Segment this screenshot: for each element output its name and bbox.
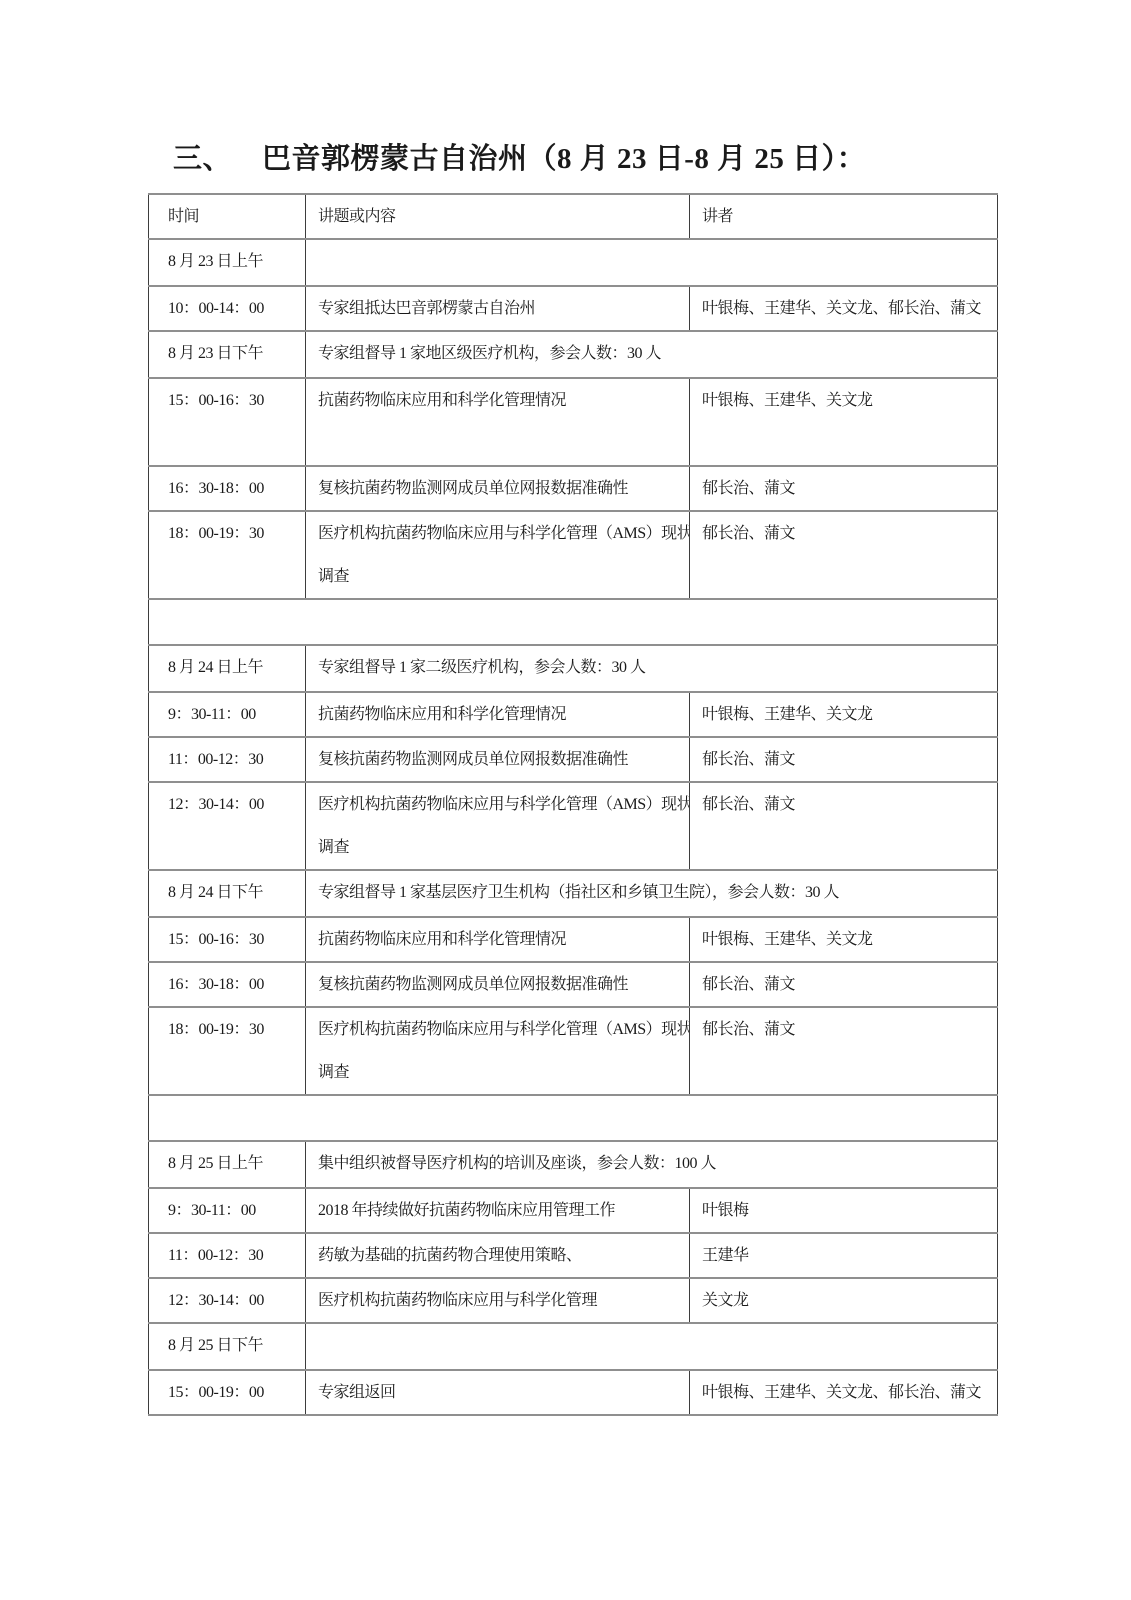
time-cell-text: 12：30-14：00: [168, 1279, 297, 1322]
session-row: 11：00-12：30复核抗菌药物监测网成员单位网报数据准确性郁长治、蒲文: [149, 737, 998, 782]
day-label-cell: 8 月 24 日上午: [149, 645, 306, 692]
day-label-cell: 8 月 23 日上午: [149, 239, 306, 286]
spacer-row: [149, 599, 998, 645]
session-row: 15：00-16：30抗菌药物临床应用和科学化管理情况叶银梅、王建华、关文龙: [149, 917, 998, 962]
time-cell-text: 16：30-18：00: [168, 963, 297, 1006]
speaker-cell: 叶银梅: [690, 1188, 998, 1233]
day-label-cell-text: 8 月 23 日下午: [168, 332, 297, 375]
day-note-cell-text: 集中组织被督导医疗机构的培训及座谈，参会人数：100 人: [318, 1142, 989, 1185]
topic-cell-text: 医疗机构抗菌药物临床应用与科学化管理（AMS）现状: [318, 783, 681, 826]
time-cell: 11：00-12：30: [149, 737, 306, 782]
time-cell-text: 15：00-19：00: [168, 1371, 297, 1414]
day-label-cell-text: 8 月 24 日下午: [168, 871, 297, 914]
day-note-cell: [306, 239, 998, 286]
speaker-cell-text: 叶银梅、王建华、关文龙: [702, 918, 989, 961]
document-page: 三、巴音郭楞蒙古自治州（8 月 23 日-8 月 25 日）： 时间讲题或内容讲…: [0, 0, 1131, 1600]
topic-cell-text: 医疗机构抗菌药物临床应用与科学化管理: [318, 1279, 681, 1322]
column-header-speaker-text: 讲者: [702, 195, 989, 238]
day-note-cell: 集中组织被督导医疗机构的培训及座谈，参会人数：100 人: [306, 1141, 998, 1188]
session-row: 9：30-11：002018 年持续做好抗菌药物临床应用管理工作叶银梅: [149, 1188, 998, 1233]
speaker-cell: 郁长治、蒲文: [690, 1007, 998, 1095]
time-cell: 9：30-11：00: [149, 1188, 306, 1233]
speaker-cell: 郁长治、蒲文: [690, 511, 998, 599]
column-header-time-text: 时间: [168, 195, 297, 238]
spacer-cell: [149, 1095, 998, 1141]
topic-cell: 医疗机构抗菌药物临床应用与科学化管理（AMS）现状调查: [306, 782, 690, 870]
time-cell-text: 9：30-11：00: [168, 1189, 297, 1232]
speaker-cell-text: 郁长治、蒲文: [702, 1008, 989, 1051]
speaker-cell: 叶银梅、王建华、关文龙: [690, 378, 998, 466]
time-cell: 9：30-11：00: [149, 692, 306, 737]
speaker-cell-text: 叶银梅、王建华、关文龙: [702, 693, 989, 736]
topic-cell-text: 2018 年持续做好抗菌药物临床应用管理工作: [318, 1189, 681, 1232]
topic-cell-text: 专家组返回: [318, 1371, 681, 1414]
day-note-cell: 专家组督导 1 家地区级医疗机构，参会人数：30 人: [306, 331, 998, 378]
section-title: 三、巴音郭楞蒙古自治州（8 月 23 日-8 月 25 日）：: [173, 138, 866, 180]
topic-cell-text: 复核抗菌药物监测网成员单位网报数据准确性: [318, 467, 681, 510]
time-cell: 15：00-16：30: [149, 378, 306, 466]
session-row: 15：00-19：00专家组返回叶银梅、王建华、关文龙、郁长治、蒲文: [149, 1370, 998, 1415]
speaker-cell-text: 郁长治、蒲文: [702, 738, 989, 781]
topic-cell: 抗菌药物临床应用和科学化管理情况: [306, 917, 690, 962]
speaker-cell: 郁长治、蒲文: [690, 782, 998, 870]
topic-cell: 专家组返回: [306, 1370, 690, 1415]
speaker-cell-text: 郁长治、蒲文: [702, 963, 989, 1006]
time-cell: 15：00-19：00: [149, 1370, 306, 1415]
speaker-cell: 郁长治、蒲文: [690, 962, 998, 1007]
column-header-time: 时间: [149, 194, 306, 239]
time-cell-text: 11：00-12：30: [168, 1234, 297, 1277]
column-header-topic-text: 讲题或内容: [318, 195, 681, 238]
time-cell-text: 11：00-12：30: [168, 738, 297, 781]
topic-cell: 医疗机构抗菌药物临床应用与科学化管理: [306, 1278, 690, 1323]
day-note-cell-text: 专家组督导 1 家地区级医疗机构，参会人数：30 人: [318, 332, 989, 375]
time-cell: 16：30-18：00: [149, 466, 306, 511]
session-row: 16：30-18：00复核抗菌药物监测网成员单位网报数据准确性郁长治、蒲文: [149, 962, 998, 1007]
topic-cell-text: 医疗机构抗菌药物临床应用与科学化管理（AMS）现状: [318, 1008, 681, 1051]
time-cell: 16：30-18：00: [149, 962, 306, 1007]
day-label-cell-text: 8 月 24 日上午: [168, 646, 297, 689]
speaker-cell: 王建华: [690, 1233, 998, 1278]
time-cell: 12：30-14：00: [149, 1278, 306, 1323]
topic-cell: 复核抗菌药物监测网成员单位网报数据准确性: [306, 962, 690, 1007]
topic-cell: 复核抗菌药物监测网成员单位网报数据准确性: [306, 737, 690, 782]
day-row: 8 月 23 日上午: [149, 239, 998, 286]
day-row: 8 月 23 日下午专家组督导 1 家地区级医疗机构，参会人数：30 人: [149, 331, 998, 378]
session-row: 16：30-18：00复核抗菌药物监测网成员单位网报数据准确性郁长治、蒲文: [149, 466, 998, 511]
topic-cell-text: 调查: [318, 555, 681, 598]
day-row: 8 月 25 日下午: [149, 1323, 998, 1370]
speaker-cell-text: 郁长治、蒲文: [702, 783, 989, 826]
section-title-text: 巴音郭楞蒙古自治州（8 月 23 日-8 月 25 日）：: [262, 143, 866, 175]
time-cell: 15：00-16：30: [149, 917, 306, 962]
day-label-cell-text: 8 月 25 日下午: [168, 1324, 297, 1367]
day-row: 8 月 24 日上午专家组督导 1 家二级医疗机构，参会人数：30 人: [149, 645, 998, 692]
speaker-cell: 叶银梅、王建华、关文龙: [690, 692, 998, 737]
time-cell-text: 10：00-14：00: [168, 287, 297, 330]
topic-cell-text: 医疗机构抗菌药物临床应用与科学化管理（AMS）现状: [318, 512, 681, 555]
topic-cell: 医疗机构抗菌药物临床应用与科学化管理（AMS）现状调查: [306, 511, 690, 599]
day-label-cell: 8 月 23 日下午: [149, 331, 306, 378]
speaker-cell-text: 关文龙: [702, 1279, 989, 1322]
topic-cell-text: 抗菌药物临床应用和科学化管理情况: [318, 693, 681, 736]
time-cell: 18：00-19：30: [149, 1007, 306, 1095]
column-header-topic: 讲题或内容: [306, 194, 690, 239]
speaker-cell-text: 王建华: [702, 1234, 989, 1277]
topic-cell: 药敏为基础的抗菌药物合理使用策略、: [306, 1233, 690, 1278]
speaker-cell-text: 叶银梅: [702, 1189, 989, 1232]
time-cell: 10：00-14：00: [149, 286, 306, 331]
session-row: 12：30-14：00医疗机构抗菌药物临床应用与科学化管理关文龙: [149, 1278, 998, 1323]
time-cell-text: 15：00-16：30: [168, 379, 297, 422]
speaker-cell: 叶银梅、王建华、关文龙、郁长治、蒲文: [690, 286, 998, 331]
topic-cell-text: 调查: [318, 1051, 681, 1094]
day-label-cell: 8 月 24 日下午: [149, 870, 306, 917]
topic-cell-text: 专家组抵达巴音郭楞蒙古自治州: [318, 287, 681, 330]
session-row: 10：00-14：00专家组抵达巴音郭楞蒙古自治州叶银梅、王建华、关文龙、郁长治…: [149, 286, 998, 331]
schedule-table-body: 时间讲题或内容讲者8 月 23 日上午10：00-14：00专家组抵达巴音郭楞蒙…: [149, 194, 998, 1415]
spacer-row: [149, 1095, 998, 1141]
day-note-cell: 专家组督导 1 家二级医疗机构，参会人数：30 人: [306, 645, 998, 692]
time-cell-text: 9：30-11：00: [168, 693, 297, 736]
time-cell-text: 16：30-18：00: [168, 467, 297, 510]
topic-cell-text: 药敏为基础的抗菌药物合理使用策略、: [318, 1234, 681, 1277]
topic-cell-text: 复核抗菌药物监测网成员单位网报数据准确性: [318, 963, 681, 1006]
section-number: 三、: [173, 143, 232, 175]
day-label-cell-text: 8 月 25 日上午: [168, 1142, 297, 1185]
speaker-cell: 叶银梅、王建华、关文龙: [690, 917, 998, 962]
session-row: 15：00-16：30抗菌药物临床应用和科学化管理情况叶银梅、王建华、关文龙: [149, 378, 998, 466]
speaker-cell: 叶银梅、王建华、关文龙、郁长治、蒲文: [690, 1370, 998, 1415]
day-row: 8 月 24 日下午专家组督导 1 家基层医疗卫生机构（指社区和乡镇卫生院），参…: [149, 870, 998, 917]
time-cell-text: 12：30-14：00: [168, 783, 297, 826]
speaker-cell: 关文龙: [690, 1278, 998, 1323]
topic-cell: 复核抗菌药物监测网成员单位网报数据准确性: [306, 466, 690, 511]
speaker-cell: 郁长治、蒲文: [690, 466, 998, 511]
day-label-cell: 8 月 25 日上午: [149, 1141, 306, 1188]
session-row: 9：30-11：00抗菌药物临床应用和科学化管理情况叶银梅、王建华、关文龙: [149, 692, 998, 737]
session-row: 18：00-19：30医疗机构抗菌药物临床应用与科学化管理（AMS）现状调查郁长…: [149, 511, 998, 599]
column-header-speaker: 讲者: [690, 194, 998, 239]
schedule-table: 时间讲题或内容讲者8 月 23 日上午10：00-14：00专家组抵达巴音郭楞蒙…: [148, 193, 998, 1416]
topic-cell-text: 复核抗菌药物监测网成员单位网报数据准确性: [318, 738, 681, 781]
day-note-cell: [306, 1323, 998, 1370]
speaker-cell-text: 叶银梅、王建华、关文龙、郁长治、蒲文: [702, 287, 989, 330]
day-row: 8 月 25 日上午集中组织被督导医疗机构的培训及座谈，参会人数：100 人: [149, 1141, 998, 1188]
day-note-cell-text: 专家组督导 1 家基层医疗卫生机构（指社区和乡镇卫生院），参会人数：30 人: [318, 871, 989, 914]
time-cell-text: 15：00-16：30: [168, 918, 297, 961]
speaker-cell-text: 郁长治、蒲文: [702, 467, 989, 510]
day-label-cell-text: 8 月 23 日上午: [168, 240, 297, 283]
time-cell-text: 18：00-19：30: [168, 512, 297, 555]
session-row: 18：00-19：30医疗机构抗菌药物临床应用与科学化管理（AMS）现状调查郁长…: [149, 1007, 998, 1095]
speaker-cell: 郁长治、蒲文: [690, 737, 998, 782]
day-note-cell-text: 专家组督导 1 家二级医疗机构，参会人数：30 人: [318, 646, 989, 689]
topic-cell: 抗菌药物临床应用和科学化管理情况: [306, 692, 690, 737]
session-row: 12：30-14：00医疗机构抗菌药物临床应用与科学化管理（AMS）现状调查郁长…: [149, 782, 998, 870]
topic-cell-text: 抗菌药物临床应用和科学化管理情况: [318, 918, 681, 961]
topic-cell-text: 调查: [318, 826, 681, 869]
time-cell: 18：00-19：30: [149, 511, 306, 599]
day-note-cell: 专家组督导 1 家基层医疗卫生机构（指社区和乡镇卫生院），参会人数：30 人: [306, 870, 998, 917]
header-row: 时间讲题或内容讲者: [149, 194, 998, 239]
topic-cell: 医疗机构抗菌药物临床应用与科学化管理（AMS）现状调查: [306, 1007, 690, 1095]
time-cell-text: 18：00-19：30: [168, 1008, 297, 1051]
spacer-cell: [149, 599, 998, 645]
day-label-cell: 8 月 25 日下午: [149, 1323, 306, 1370]
topic-cell-text: 抗菌药物临床应用和科学化管理情况: [318, 379, 681, 422]
time-cell: 12：30-14：00: [149, 782, 306, 870]
time-cell: 11：00-12：30: [149, 1233, 306, 1278]
speaker-cell-text: 郁长治、蒲文: [702, 512, 989, 555]
speaker-cell-text: 叶银梅、王建华、关文龙、郁长治、蒲文: [702, 1371, 989, 1414]
speaker-cell-text: 叶银梅、王建华、关文龙: [702, 379, 989, 422]
topic-cell: 专家组抵达巴音郭楞蒙古自治州: [306, 286, 690, 331]
session-row: 11：00-12：30药敏为基础的抗菌药物合理使用策略、王建华: [149, 1233, 998, 1278]
topic-cell: 抗菌药物临床应用和科学化管理情况: [306, 378, 690, 466]
topic-cell: 2018 年持续做好抗菌药物临床应用管理工作: [306, 1188, 690, 1233]
